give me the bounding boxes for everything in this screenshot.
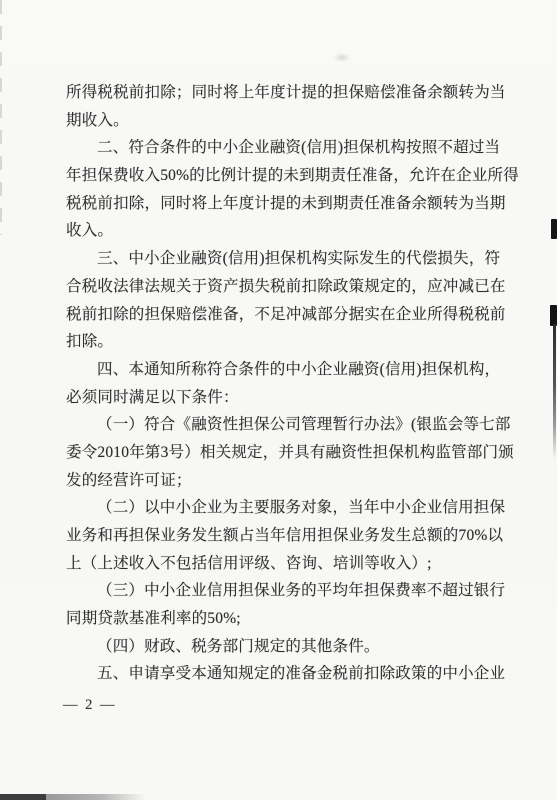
right-edge-scan-streak bbox=[553, 324, 556, 459]
doc-line: 同期贷款基准利率的50%; bbox=[66, 605, 496, 633]
doc-line: 委令2010年第3号）相关规定，并具有融资性担保机构监管部门颁 bbox=[66, 439, 496, 467]
doc-line: 税前扣除的担保赔偿准备，不足冲减部分据实在企业所得税税前 bbox=[66, 301, 496, 329]
doc-line: （二）以中小企业为主要服务对象，当年中小企业信用担保 bbox=[66, 494, 496, 522]
doc-line: （四）财政、税务部门规定的其他条件。 bbox=[66, 633, 496, 661]
doc-line: 期收入。 bbox=[66, 107, 496, 135]
doc-line: 五、申请享受本通知规定的准备金税前扣除政策的中小企业 bbox=[66, 660, 496, 688]
scanned-page: 所得税税前扣除；同时将上年度计提的担保赔偿准备余额转为当 期收入。 二、符合条件… bbox=[0, 0, 557, 800]
doc-line: 合税收法律法规关于资产损失税前扣除政策规定的，应冲减已在 bbox=[66, 273, 496, 301]
left-edge-scan-artifact bbox=[0, 0, 2, 235]
bottom-edge-scan-bar-dark bbox=[0, 794, 46, 800]
doc-line: 收入。 bbox=[66, 217, 496, 245]
right-edge-scan-mark-top bbox=[551, 219, 557, 239]
doc-line: 税税前扣除，同时将上年度计提的未到期责任准备余额转为当期 bbox=[66, 190, 496, 218]
doc-line: 扣除。 bbox=[66, 328, 496, 356]
doc-line: 四、本通知所称符合条件的中小企业融资(信用)担保机构， bbox=[66, 356, 496, 384]
doc-line: 必须同时满足以下条件： bbox=[66, 384, 496, 412]
right-edge-scan-mark-bottom bbox=[550, 305, 557, 326]
doc-line: 上（上述收入不包括信用评级、咨询、培训等收入）; bbox=[66, 550, 496, 578]
doc-line: （一）符合《融资性担保公司管理暂行办法》(银监会等七部 bbox=[66, 411, 496, 439]
doc-line: （三）中小企业信用担保业务的平均年担保费率不超过银行 bbox=[66, 577, 496, 605]
doc-line: 三、中小企业融资(信用)担保机构实际发生的代偿损失，符 bbox=[66, 245, 496, 273]
doc-line: 二、符合条件的中小企业融资(信用)担保机构按照不超过当 bbox=[66, 134, 496, 162]
doc-line: 发的经营许可证； bbox=[66, 467, 496, 495]
scan-smudge bbox=[334, 53, 350, 62]
bottom-edge-scan-bar-gray bbox=[46, 794, 146, 800]
doc-line: 所得税税前扣除；同时将上年度计提的担保赔偿准备余额转为当 bbox=[66, 79, 496, 107]
page-number: — 2 — bbox=[63, 697, 117, 714]
document-body: 所得税税前扣除；同时将上年度计提的担保赔偿准备余额转为当 期收入。 二、符合条件… bbox=[66, 79, 496, 688]
doc-line: 业务和再担保业务发生额占当年信用担保业务发生总额的70%以 bbox=[66, 522, 496, 550]
doc-line: 年担保费收入50%的比例计提的未到期责任准备，允许在企业所得 bbox=[66, 162, 496, 190]
